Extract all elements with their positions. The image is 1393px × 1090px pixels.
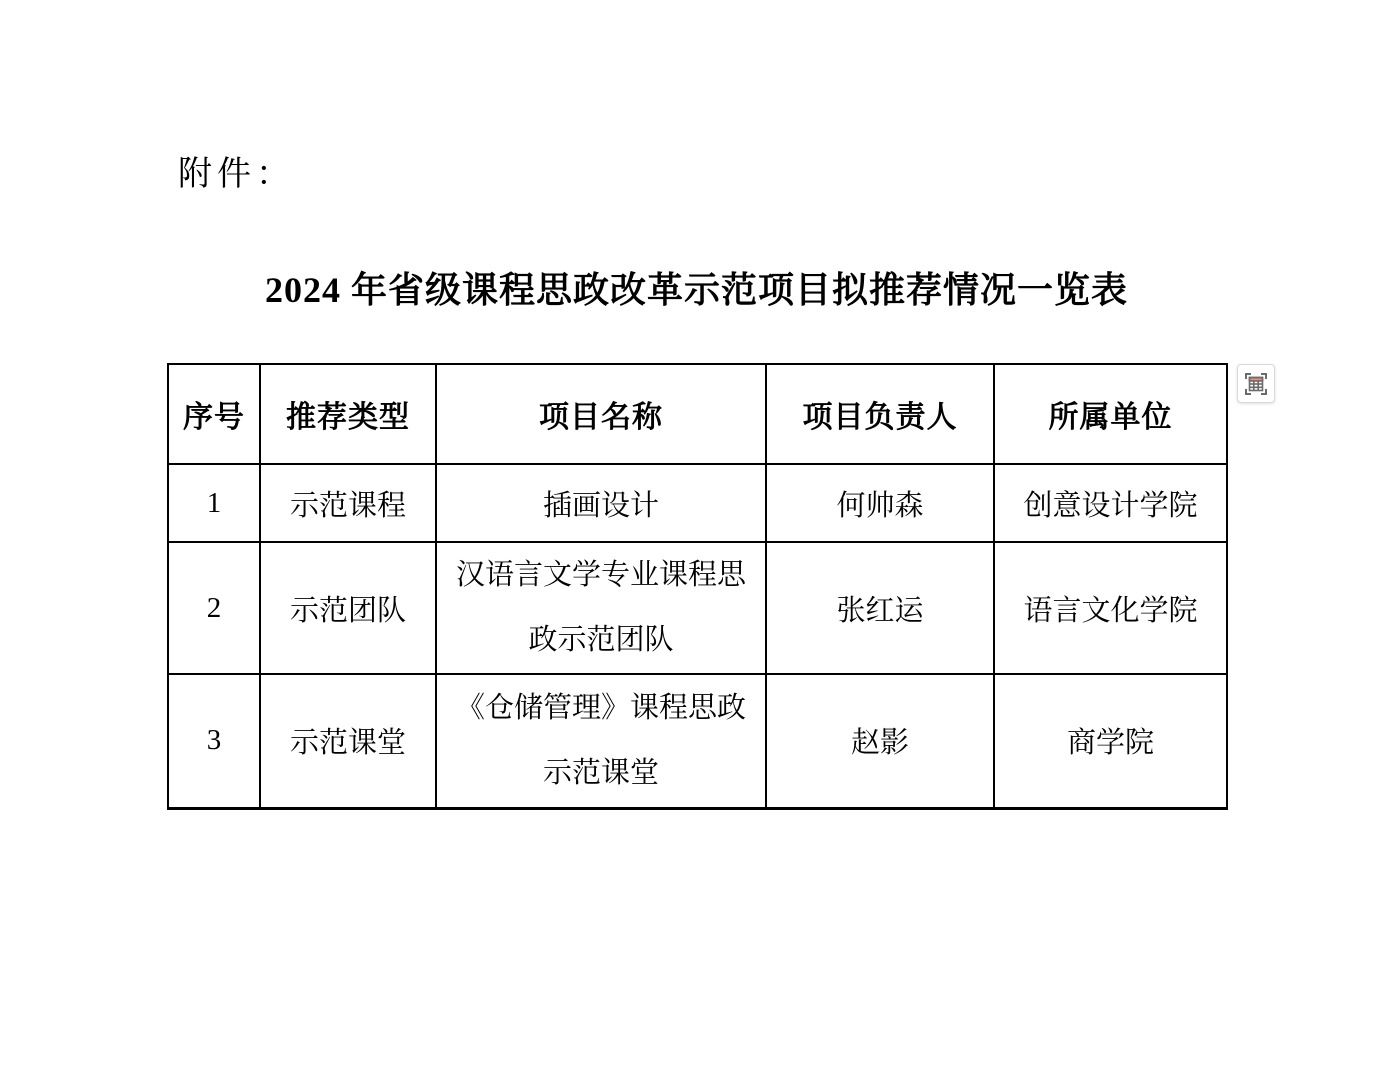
- cell-no: 3: [168, 674, 260, 808]
- table-select-icon: [1243, 371, 1269, 397]
- cell-type: 示范课堂: [260, 674, 436, 808]
- cell-unit: 创意设计学院: [994, 464, 1227, 542]
- document-page: { "page": { "attachment_label": "附件：", "…: [0, 0, 1393, 1090]
- cell-leader: 赵影: [766, 674, 994, 808]
- cell-project-name: 插画设计: [436, 464, 766, 542]
- table-row: 1 示范课程 插画设计 何帅森 创意设计学院: [168, 464, 1227, 542]
- header-leader: 项目负责人: [766, 364, 994, 464]
- page-title: 2024 年省级课程思政改革示范项目拟推荐情况一览表: [0, 262, 1393, 313]
- cell-unit: 语言文化学院: [994, 542, 1227, 674]
- cell-project-name: 《仓储管理》课程思政示范课堂: [436, 674, 766, 808]
- table-tools-button[interactable]: [1237, 364, 1275, 403]
- cell-no: 1: [168, 464, 260, 542]
- attachment-label: 附件：: [178, 146, 295, 195]
- cell-type: 示范团队: [260, 542, 436, 674]
- header-type: 推荐类型: [260, 364, 436, 464]
- header-unit: 所属单位: [994, 364, 1227, 464]
- header-project-name: 项目名称: [436, 364, 766, 464]
- cell-type: 示范课程: [260, 464, 436, 542]
- header-no: 序号: [168, 364, 260, 464]
- table-row: 3 示范课堂 《仓储管理》课程思政示范课堂 赵影 商学院: [168, 674, 1227, 808]
- table-header-row: 序号 推荐类型 项目名称 项目负责人 所属单位: [168, 364, 1227, 464]
- cell-project-name: 汉语言文学专业课程思政示范团队: [436, 542, 766, 674]
- table-row: 2 示范团队 汉语言文学专业课程思政示范团队 张红运 语言文化学院: [168, 542, 1227, 674]
- recommendation-table: 序号 推荐类型 项目名称 项目负责人 所属单位 1 示范课程 插画设计 何帅森 …: [167, 363, 1228, 810]
- cell-no: 2: [168, 542, 260, 674]
- cell-unit: 商学院: [994, 674, 1227, 808]
- cell-leader: 张红运: [766, 542, 994, 674]
- cell-leader: 何帅森: [766, 464, 994, 542]
